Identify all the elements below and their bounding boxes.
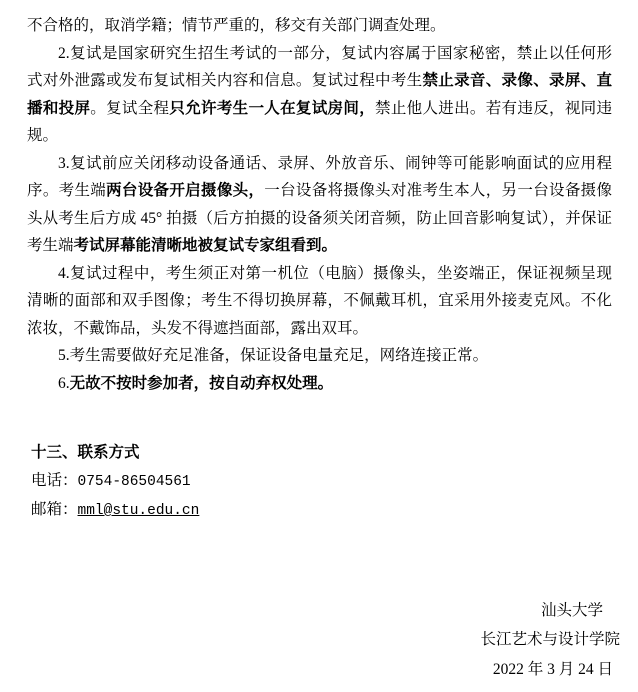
phone-label: 电话： (31, 472, 78, 489)
document-page: 不合格的，取消学籍；情节严重的，移交有关部门调查处理。 2.复试是国家研究生招生… (0, 0, 638, 692)
body-text: 不合格的，取消学籍；情节严重的，移交有关部门调查处理。 2.复试是国家研究生招生… (0, 0, 638, 397)
text-run: 。复试全程 (90, 100, 169, 117)
text-run: 6. (58, 375, 70, 392)
text-run-bold: 考试屏幕能清晰地被复试专家组看到。 (74, 237, 338, 254)
paragraph-item-4: 4.复试过程中，考生须正对第一机位（电脑）摄像头，坐姿端正，保证视频呈现清晰的面… (27, 260, 612, 343)
email-label: 邮箱： (31, 501, 78, 518)
paragraph-item-2: 2.复试是国家研究生招生考试的一部分，复试内容属于国家秘密，禁止以任何形式对外泄… (27, 40, 612, 150)
contact-section-heading: 十三、联系方式 (0, 439, 638, 467)
signature-date: 2022 年 3 月 24 日 (0, 655, 638, 685)
text-run-bold: 两台设备开启摄像头， (106, 182, 264, 199)
text-run: 4.复试过程中，考生须正对第一机位（电脑）摄像头，坐姿端正，保证视频呈现清晰的面… (27, 265, 612, 337)
email-line: 邮箱：mml@stu.edu.cn (0, 496, 638, 526)
text-run: 不合格的，取消学籍；情节严重的，移交有关部门调查处理。 (27, 17, 446, 34)
signature-university: 汕头大学 (0, 596, 638, 626)
paragraph-item-6: 6.无故不按时参加者，按自动弃权处理。 (27, 370, 612, 398)
text-run: 5.考生需要做好充足准备，保证设备电量充足，网络连接正常。 (58, 347, 488, 364)
paragraph-item-3: 3.复试前应关闭移动设备通话、录屏、外放音乐、闹钟等可能影响面试的应用程序。考生… (27, 150, 612, 260)
phone-line: 电话：0754-86504561 (0, 467, 638, 497)
text-run-bold: 只允许考生一人在复试房间， (169, 100, 375, 117)
text-run-bold: 无故不按时参加者，按自动弃权处理。 (70, 375, 334, 392)
paragraph-continuation: 不合格的，取消学籍；情节严重的，移交有关部门调查处理。 (27, 12, 612, 40)
paragraph-item-5: 5.考生需要做好充足准备，保证设备电量充足，网络连接正常。 (27, 342, 612, 370)
phone-number: 0754-86504561 (78, 474, 191, 490)
email-link[interactable]: mml@stu.edu.cn (78, 503, 200, 519)
signature-college: 长江艺术与设计学院 (0, 625, 638, 655)
signature-block: 汕头大学 长江艺术与设计学院 2022 年 3 月 24 日 (0, 596, 638, 685)
